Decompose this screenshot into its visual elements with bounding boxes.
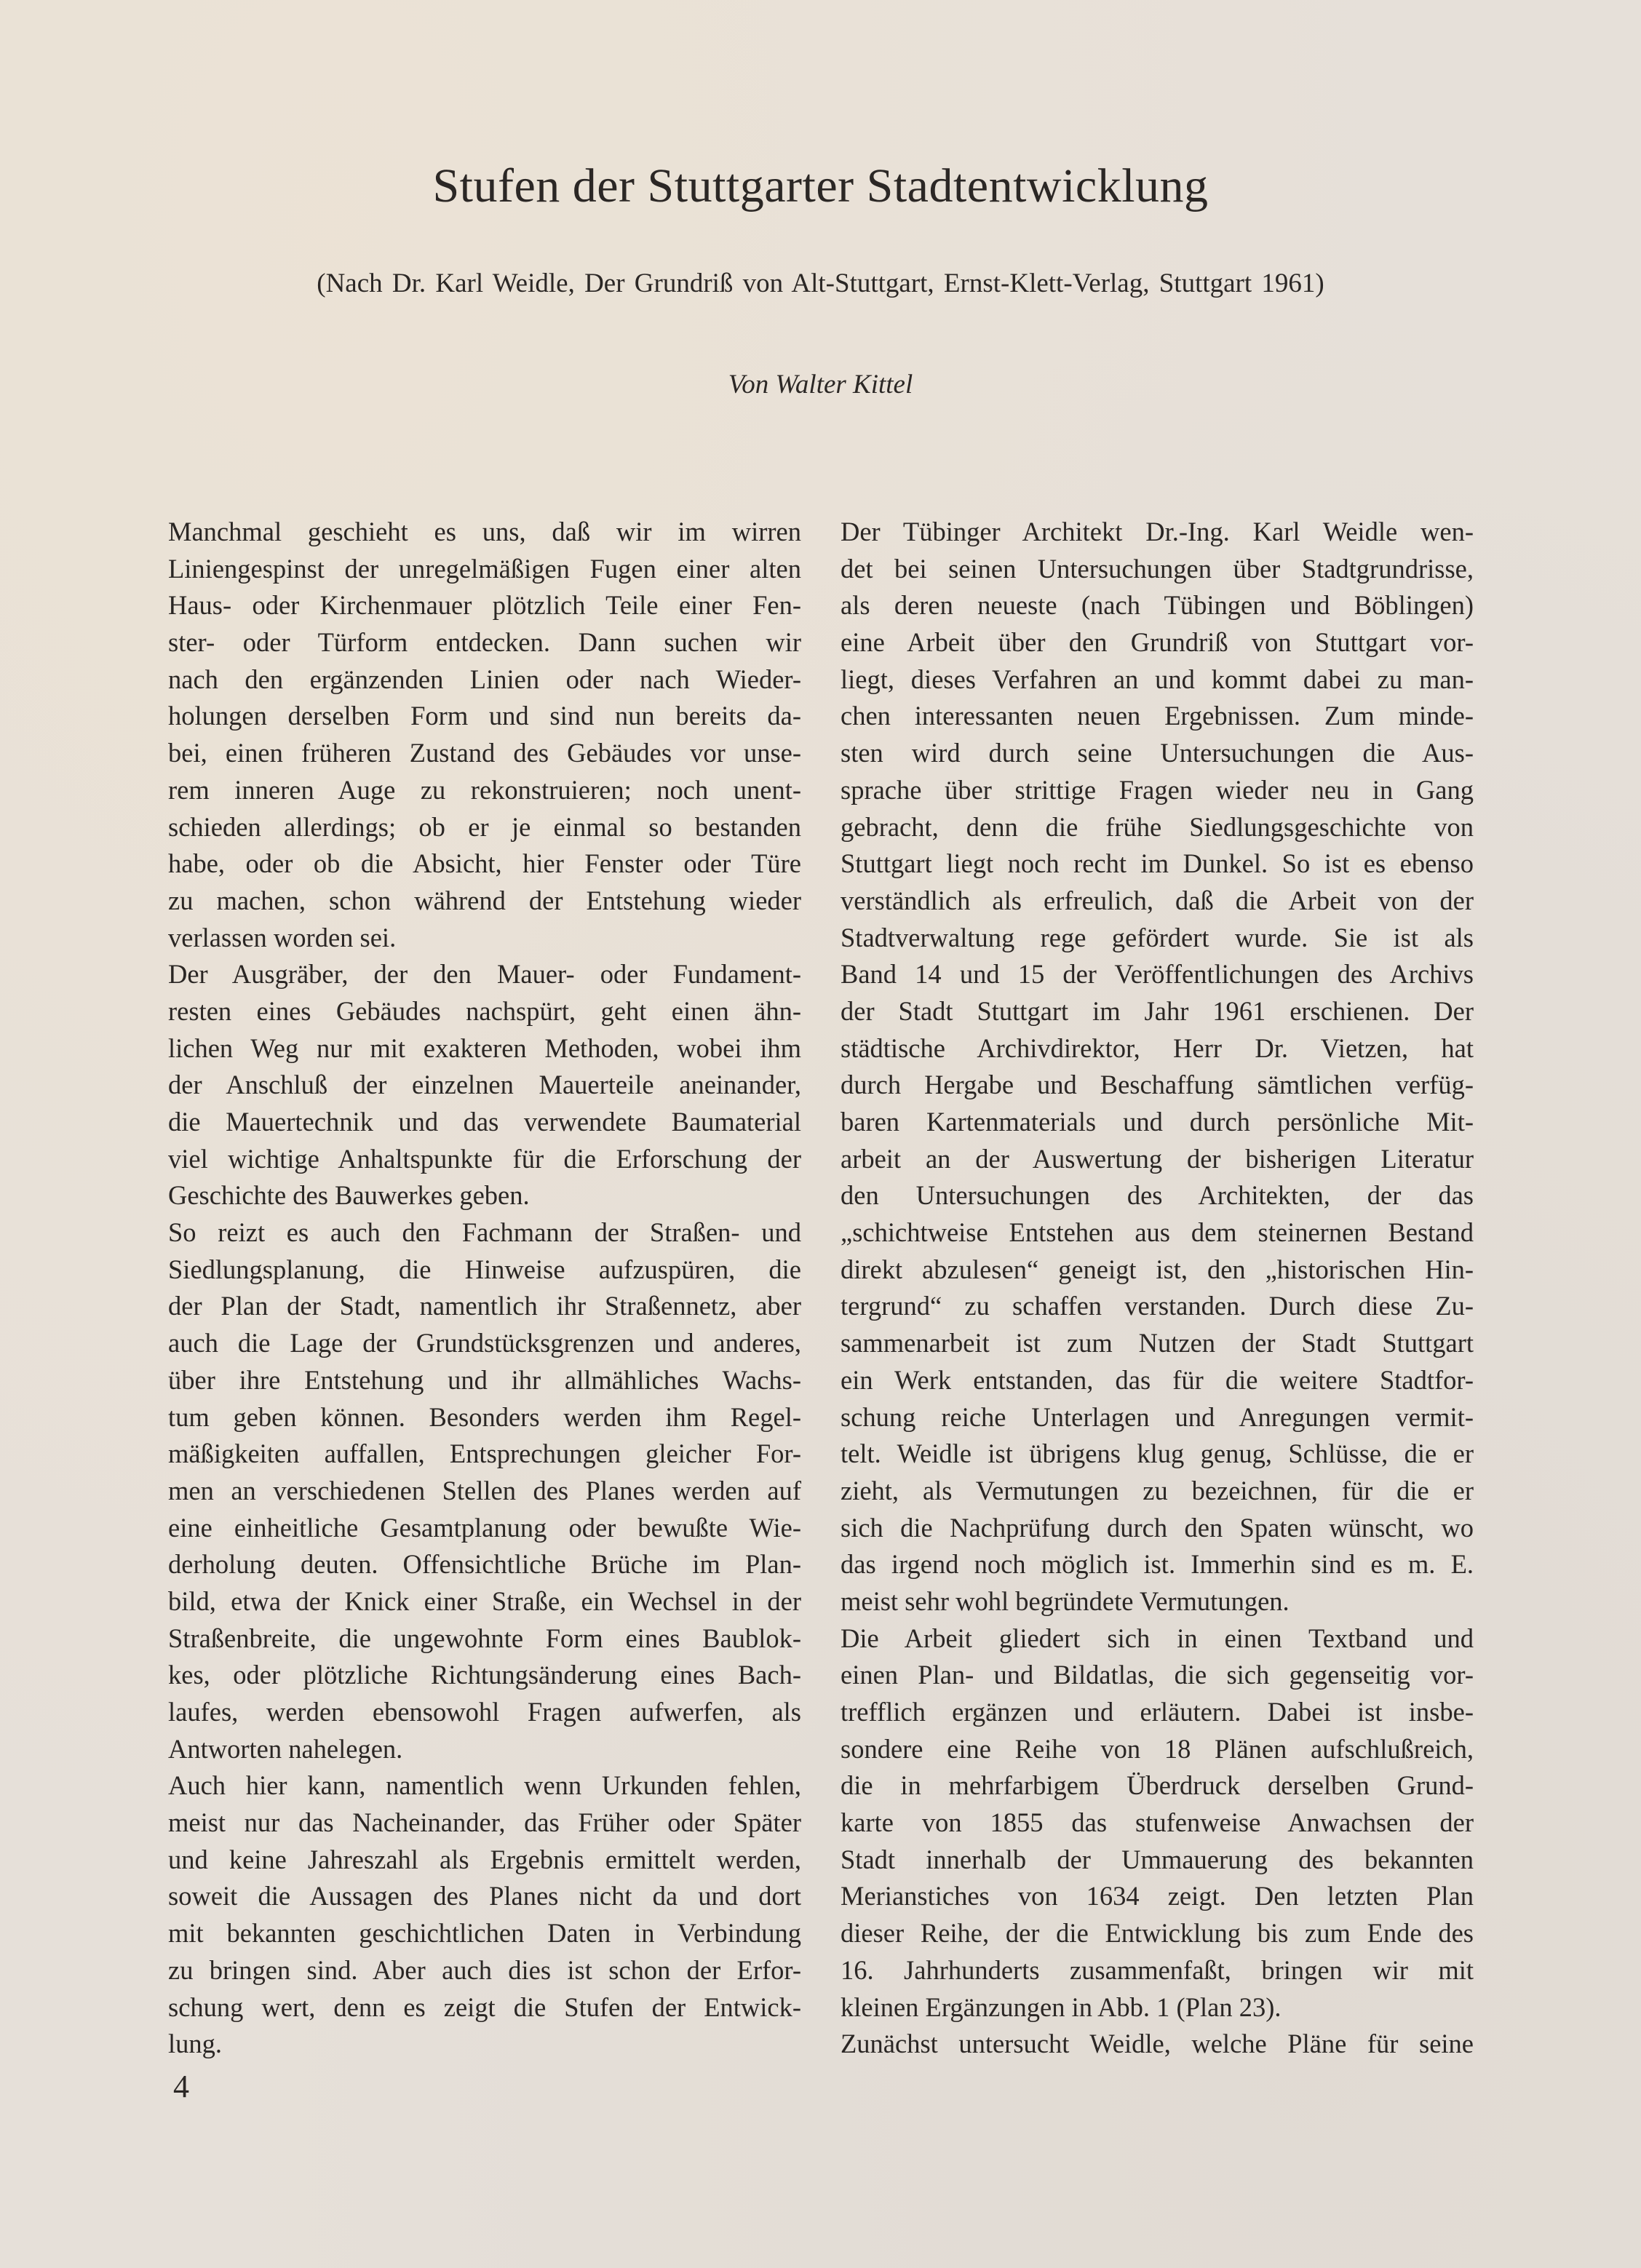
text-line: Stadtverwaltung rege gefördert wurde. Si… — [841, 920, 1474, 957]
text-line: trefflich ergänzen und erläutern. Dabei … — [841, 1694, 1474, 1731]
text-line: Stuttgart liegt noch recht im Dunkel. So… — [841, 845, 1474, 883]
text-line: ein Werk entstanden, das für die weitere… — [841, 1362, 1474, 1399]
text-line: die in mehrfarbigem Überdruck derselben … — [841, 1767, 1474, 1805]
text-line: chen interessanten neuen Ergebnissen. Zu… — [841, 698, 1474, 735]
text-line: städtische Archivdirektor, Herr Dr. Viet… — [841, 1030, 1474, 1067]
text-line: kleinen Ergänzungen in Abb. 1 (Plan 23). — [841, 1989, 1474, 2026]
text-line: zu bringen sind. Aber auch dies ist scho… — [168, 1952, 801, 1989]
text-line: 16. Jahrhunderts zusammenfaßt, bringen w… — [841, 1952, 1474, 1989]
text-line: dieser Reihe, der die Entwicklung bis zu… — [841, 1915, 1474, 1952]
left-text-column: Manchmal geschieht es uns, daß wir im wi… — [168, 514, 801, 2063]
text-line: der Anschluß der einzelnen Mauerteile an… — [168, 1067, 801, 1104]
text-line: Liniengespinst der unregelmäßigen Fugen … — [168, 551, 801, 588]
text-line: Merianstiches von 1634 zeigt. Den letzte… — [841, 1878, 1474, 1915]
text-line: arbeit an der Auswertung der bisherigen … — [841, 1141, 1474, 1178]
text-line: tergrund“ zu schaffen verstanden. Durch … — [841, 1288, 1474, 1325]
text-line: die Mauertechnik und das verwendete Baum… — [168, 1104, 801, 1141]
text-line: meist sehr wohl begründete Vermutungen. — [841, 1583, 1474, 1620]
text-line: Auch hier kann, namentlich wenn Urkunden… — [168, 1767, 801, 1805]
text-line: bild, etwa der Knick einer Straße, ein W… — [168, 1583, 801, 1620]
page-number: 4 — [173, 2068, 189, 2105]
text-line: schieden allerdings; ob er je einmal so … — [168, 809, 801, 846]
text-line: der Plan der Stadt, namentlich ihr Straß… — [168, 1288, 801, 1325]
text-line: und keine Jahreszahl als Ergebnis ermitt… — [168, 1842, 801, 1879]
text-line: eine einheitliche Gesamtplanung oder bew… — [168, 1510, 801, 1547]
text-line: resten eines Gebäudes nachspürt, geht ei… — [168, 993, 801, 1030]
text-line: verständlich als erfreulich, daß die Arb… — [841, 883, 1474, 920]
text-line: Stadt innerhalb der Ummauerung des bekan… — [841, 1842, 1474, 1879]
author-byline: Von Walter Kittel — [0, 369, 1641, 400]
text-line: mit bekannten geschichtlichen Daten in V… — [168, 1915, 801, 1952]
text-line: gebracht, denn die frühe Siedlungsgeschi… — [841, 809, 1474, 846]
text-line: Der Tübinger Architekt Dr.-Ing. Karl Wei… — [841, 514, 1474, 551]
text-line: rem inneren Auge zu rekonstruieren; noch… — [168, 772, 801, 809]
text-line: „schichtweise Entstehen aus dem steinern… — [841, 1214, 1474, 1252]
text-line: als deren neueste (nach Tübingen und Böb… — [841, 587, 1474, 624]
text-line: nach den ergänzenden Linien oder nach Wi… — [168, 661, 801, 699]
text-line: habe, oder ob die Absicht, hier Fenster … — [168, 845, 801, 883]
text-line: verlassen worden sei. — [168, 920, 801, 957]
text-line: Die Arbeit gliedert sich in einen Textba… — [841, 1620, 1474, 1658]
right-text-column: Der Tübinger Architekt Dr.-Ing. Karl Wei… — [841, 514, 1474, 2063]
text-line: den Untersuchungen des Architekten, der … — [841, 1177, 1474, 1214]
text-line: karte von 1855 das stufenweise Anwachsen… — [841, 1805, 1474, 1842]
text-line: der Stadt Stuttgart im Jahr 1961 erschie… — [841, 993, 1474, 1030]
text-line: lichen Weg nur mit exakteren Methoden, w… — [168, 1030, 801, 1067]
text-line: viel wichtige Anhaltspunkte für die Erfo… — [168, 1141, 801, 1178]
text-line: kes, oder plötzliche Richtungsänderung e… — [168, 1657, 801, 1694]
text-line: durch Hergabe und Beschaffung sämtlichen… — [841, 1067, 1474, 1104]
text-line: sondere eine Reihe von 18 Plänen aufschl… — [841, 1731, 1474, 1768]
article-source-citation: (Nach Dr. Karl Weidle, Der Grundriß von … — [0, 268, 1641, 299]
text-line: Manchmal geschieht es uns, daß wir im wi… — [168, 514, 801, 551]
text-line: Geschichte des Bauwerkes geben. — [168, 1177, 801, 1214]
text-line: Zunächst untersucht Weidle, welche Pläne… — [841, 2026, 1474, 2063]
text-line: sammenarbeit ist zum Nutzen der Stadt St… — [841, 1325, 1474, 1362]
text-line: tum geben können. Besonders werden ihm R… — [168, 1399, 801, 1436]
text-line: soweit die Aussagen des Planes nicht da … — [168, 1878, 801, 1915]
text-line: lung. — [168, 2026, 801, 2063]
text-line: sich die Nachprüfung durch den Spaten wü… — [841, 1510, 1474, 1547]
text-line: einen Plan- und Bildatlas, die sich gege… — [841, 1657, 1474, 1694]
article-title: Stufen der Stuttgarter Stadtentwicklung — [0, 159, 1641, 214]
text-line: derholung deuten. Offensichtliche Brüche… — [168, 1546, 801, 1583]
text-line: sten wird durch seine Untersuchungen die… — [841, 735, 1474, 772]
text-line: Band 14 und 15 der Veröffentlichungen de… — [841, 956, 1474, 993]
text-line: bei, einen früheren Zustand des Gebäudes… — [168, 735, 801, 772]
text-line: zu machen, schon während der Entstehung … — [168, 883, 801, 920]
text-line: laufes, werden ebensowohl Fragen aufwerf… — [168, 1694, 801, 1731]
text-line: det bei seinen Untersuchungen über Stadt… — [841, 551, 1474, 588]
text-line: Siedlungsplanung, die Hinweise aufzuspür… — [168, 1252, 801, 1289]
text-line: auch die Lage der Grundstücksgrenzen und… — [168, 1325, 801, 1362]
text-line: Antworten nahelegen. — [168, 1731, 801, 1768]
text-line: das irgend noch möglich ist. Immerhin si… — [841, 1546, 1474, 1583]
text-line: holungen derselben Form und sind nun ber… — [168, 698, 801, 735]
text-line: sprache über strittige Fragen wieder neu… — [841, 772, 1474, 809]
text-line: schung wert, denn es zeigt die Stufen de… — [168, 1989, 801, 2026]
text-line: meist nur das Nacheinander, das Früher o… — [168, 1805, 801, 1842]
text-line: mäßigkeiten auffallen, Entsprechungen gl… — [168, 1436, 801, 1473]
text-line: So reizt es auch den Fachmann der Straße… — [168, 1214, 801, 1252]
text-line: men an verschiedenen Stellen des Planes … — [168, 1473, 801, 1510]
text-line: schung reiche Unterlagen und Anregungen … — [841, 1399, 1474, 1436]
text-line: direkt abzulesen“ geneigt ist, den „hist… — [841, 1252, 1474, 1289]
text-line: ster- oder Türform entdecken. Dann suche… — [168, 624, 801, 661]
text-line: über ihre Entstehung und ihr allmähliche… — [168, 1362, 801, 1399]
text-line: eine Arbeit über den Grundriß von Stuttg… — [841, 624, 1474, 661]
text-line: telt. Weidle ist übrigens klug genug, Sc… — [841, 1436, 1474, 1473]
text-line: liegt, dieses Verfahren an und kommt dab… — [841, 661, 1474, 699]
text-line: baren Kartenmaterials und durch persönli… — [841, 1104, 1474, 1141]
text-line: Haus- oder Kirchenmauer plötzlich Teile … — [168, 587, 801, 624]
text-line: Straßenbreite, die ungewohnte Form eines… — [168, 1620, 801, 1658]
text-line: zieht, als Vermutungen zu bezeichnen, fü… — [841, 1473, 1474, 1510]
text-line: Der Ausgräber, der den Mauer- oder Funda… — [168, 956, 801, 993]
